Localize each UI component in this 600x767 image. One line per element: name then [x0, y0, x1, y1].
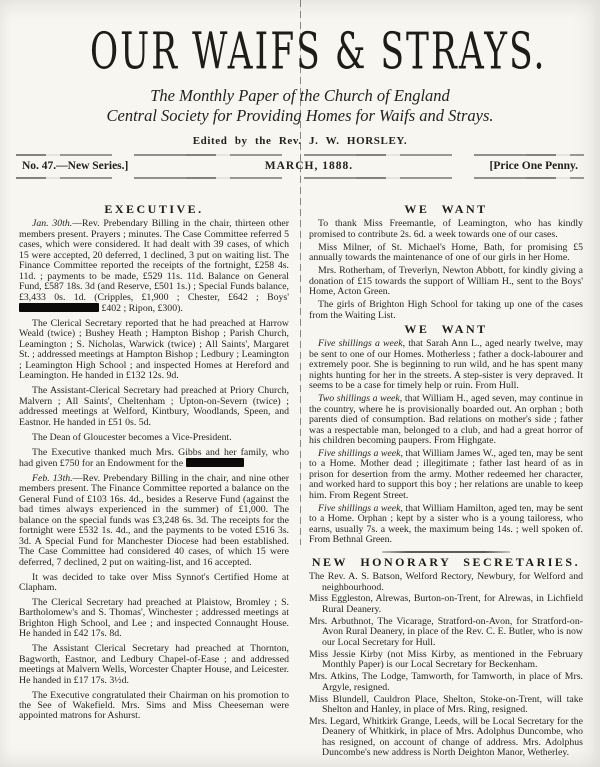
honorary-secretary-item: Mrs. Arbuthnot, The Vicarage, Stratford-… — [322, 617, 583, 648]
text-run: The Clerical Secretary had preached at P… — [19, 597, 289, 639]
executive-paragraphs: Jan. 30th.—Rev. Prebendary Billing in th… — [19, 219, 289, 721]
we-want-thanks-section: WE WANT To thank Miss Freemantle, of Lea… — [309, 204, 583, 321]
honorary-items: The Rev. A. S. Batson, Welford Rectory, … — [309, 572, 583, 759]
we-want-thanks-item: Miss Milner, of St. Michael's Home, Bath… — [309, 243, 583, 264]
text-run: It was decided to take over Miss Synnot'… — [19, 572, 289, 593]
we-want-thanks-item: To thank Miss Freemantle, of Leamington,… — [309, 219, 583, 240]
we-want-cases-section: WE WANT Five shillings a week, that Sara… — [309, 324, 583, 546]
text-run: The Dean of Gloucester becomes a Vice-Pr… — [32, 432, 232, 443]
honorary-secretary-item: The Rev. A. S. Batson, Welford Rectory, … — [322, 572, 583, 593]
we-want-case-item: Five shillings a week, that Sarah Ann L.… — [309, 339, 583, 391]
text-run: The Assistant Clerical Secretary had pre… — [19, 643, 289, 685]
executive-paragraph: The Clerical Secretary reported that he … — [19, 319, 289, 382]
we-want-cases-items: Five shillings a week, that Sarah Ann L.… — [309, 339, 583, 545]
honorary-secretary-item: Miss Jessie Kirby (not Miss Kirby, as me… — [322, 650, 583, 671]
executive-paragraph: It was decided to take over Miss Synnot'… — [19, 573, 289, 594]
column-divider-rule — [300, 0, 301, 545]
executive-paragraph: The Clerical Secretary had preached at P… — [19, 598, 289, 640]
text-run: £402 ; Ripon, £300). — [99, 303, 183, 314]
issue-date: MARCH, 1888. — [265, 160, 353, 172]
text-run: —Rev. Prebendary Billing in the chair, t… — [19, 218, 289, 302]
we-want-cases-heading: WE WANT — [309, 324, 583, 334]
text-run: The Assistant-Clerical Secretary had pre… — [19, 385, 289, 427]
executive-section: EXECUTIVE. Jan. 30th.—Rev. Prebendary Bi… — [0, 197, 300, 767]
text-run: Five shillings a week — [318, 503, 400, 514]
executive-paragraph: The Assistant Clerical Secretary had pre… — [19, 644, 289, 686]
we-want-thanks-item: The girls of Brighton High School for ta… — [309, 300, 583, 321]
honorary-secretary-item: Miss Eggleston, Alrewas, Burton-on-Trent… — [322, 594, 583, 615]
newspaper-page: OUR WAIFS & STRAYS. The Monthly Paper of… — [0, 0, 600, 767]
executive-paragraph: The Executive thanked much Mrs. Gibbs an… — [19, 448, 289, 470]
honorary-secretary-item: Mrs. Legard, Whitkirk Grange, Leeds, wil… — [322, 717, 583, 759]
honorary-section: NEW HONORARY SECRETARIES. The Rev. A. S.… — [309, 551, 583, 759]
right-column: WE WANT To thank Miss Freemantle, of Lea… — [300, 197, 600, 767]
we-want-case-item: Two shillings a week, that William H., a… — [309, 394, 583, 446]
we-want-case-item: Five shillings a week, that William Hami… — [309, 504, 583, 546]
we-want-thanks-heading: WE WANT — [309, 204, 583, 214]
text-run: Five shillings a week — [318, 338, 403, 349]
executive-paragraph: The Executive congratulated their Chairm… — [19, 691, 289, 722]
text-run: The Executive congratulated their Chairm… — [19, 690, 289, 722]
we-want-thanks-items: To thank Miss Freemantle, of Leamington,… — [309, 219, 583, 321]
text-run: Feb. 13th. — [32, 473, 73, 484]
honorary-heading: NEW HONORARY SECRETARIES. — [309, 557, 583, 567]
executive-paragraph: Jan. 30th.—Rev. Prebendary Billing in th… — [19, 219, 289, 314]
issue-number: No. 47.—New Series.] — [22, 160, 128, 172]
executive-heading: EXECUTIVE. — [19, 204, 289, 214]
honorary-secretary-item: Miss Blundell, Cauldron Place, Shelton, … — [322, 695, 583, 716]
we-want-thanks-item: Mrs. Rotherham, of Treverlyn, Newton Abb… — [309, 266, 583, 297]
text-run: Two shillings a week — [318, 393, 400, 404]
text-run: —Rev. Prebendary Billing in the chair, a… — [19, 473, 289, 568]
redaction-box — [186, 458, 244, 467]
redaction-box — [19, 303, 99, 312]
issue-price: [Price One Penny. — [490, 160, 578, 172]
text-run: The Executive thanked much Mrs. Gibbs an… — [19, 447, 289, 469]
honorary-secretary-item: Mrs. Atkins, The Lodge, Tamworth, for Ta… — [322, 672, 583, 693]
text-run: Jan. 30th. — [32, 218, 72, 229]
executive-paragraph: Feb. 13th.—Rev. Prebendary Billing in th… — [19, 474, 289, 568]
executive-paragraph: The Dean of Gloucester becomes a Vice-Pr… — [19, 433, 289, 443]
executive-paragraph: The Assistant-Clerical Secretary had pre… — [19, 386, 289, 428]
section-divider-rule — [382, 551, 510, 553]
text-run: Five shillings a week — [318, 448, 400, 459]
text-run: The Clerical Secretary reported that he … — [19, 318, 289, 381]
we-want-case-item: Five shillings a week, that William Jame… — [309, 449, 583, 501]
